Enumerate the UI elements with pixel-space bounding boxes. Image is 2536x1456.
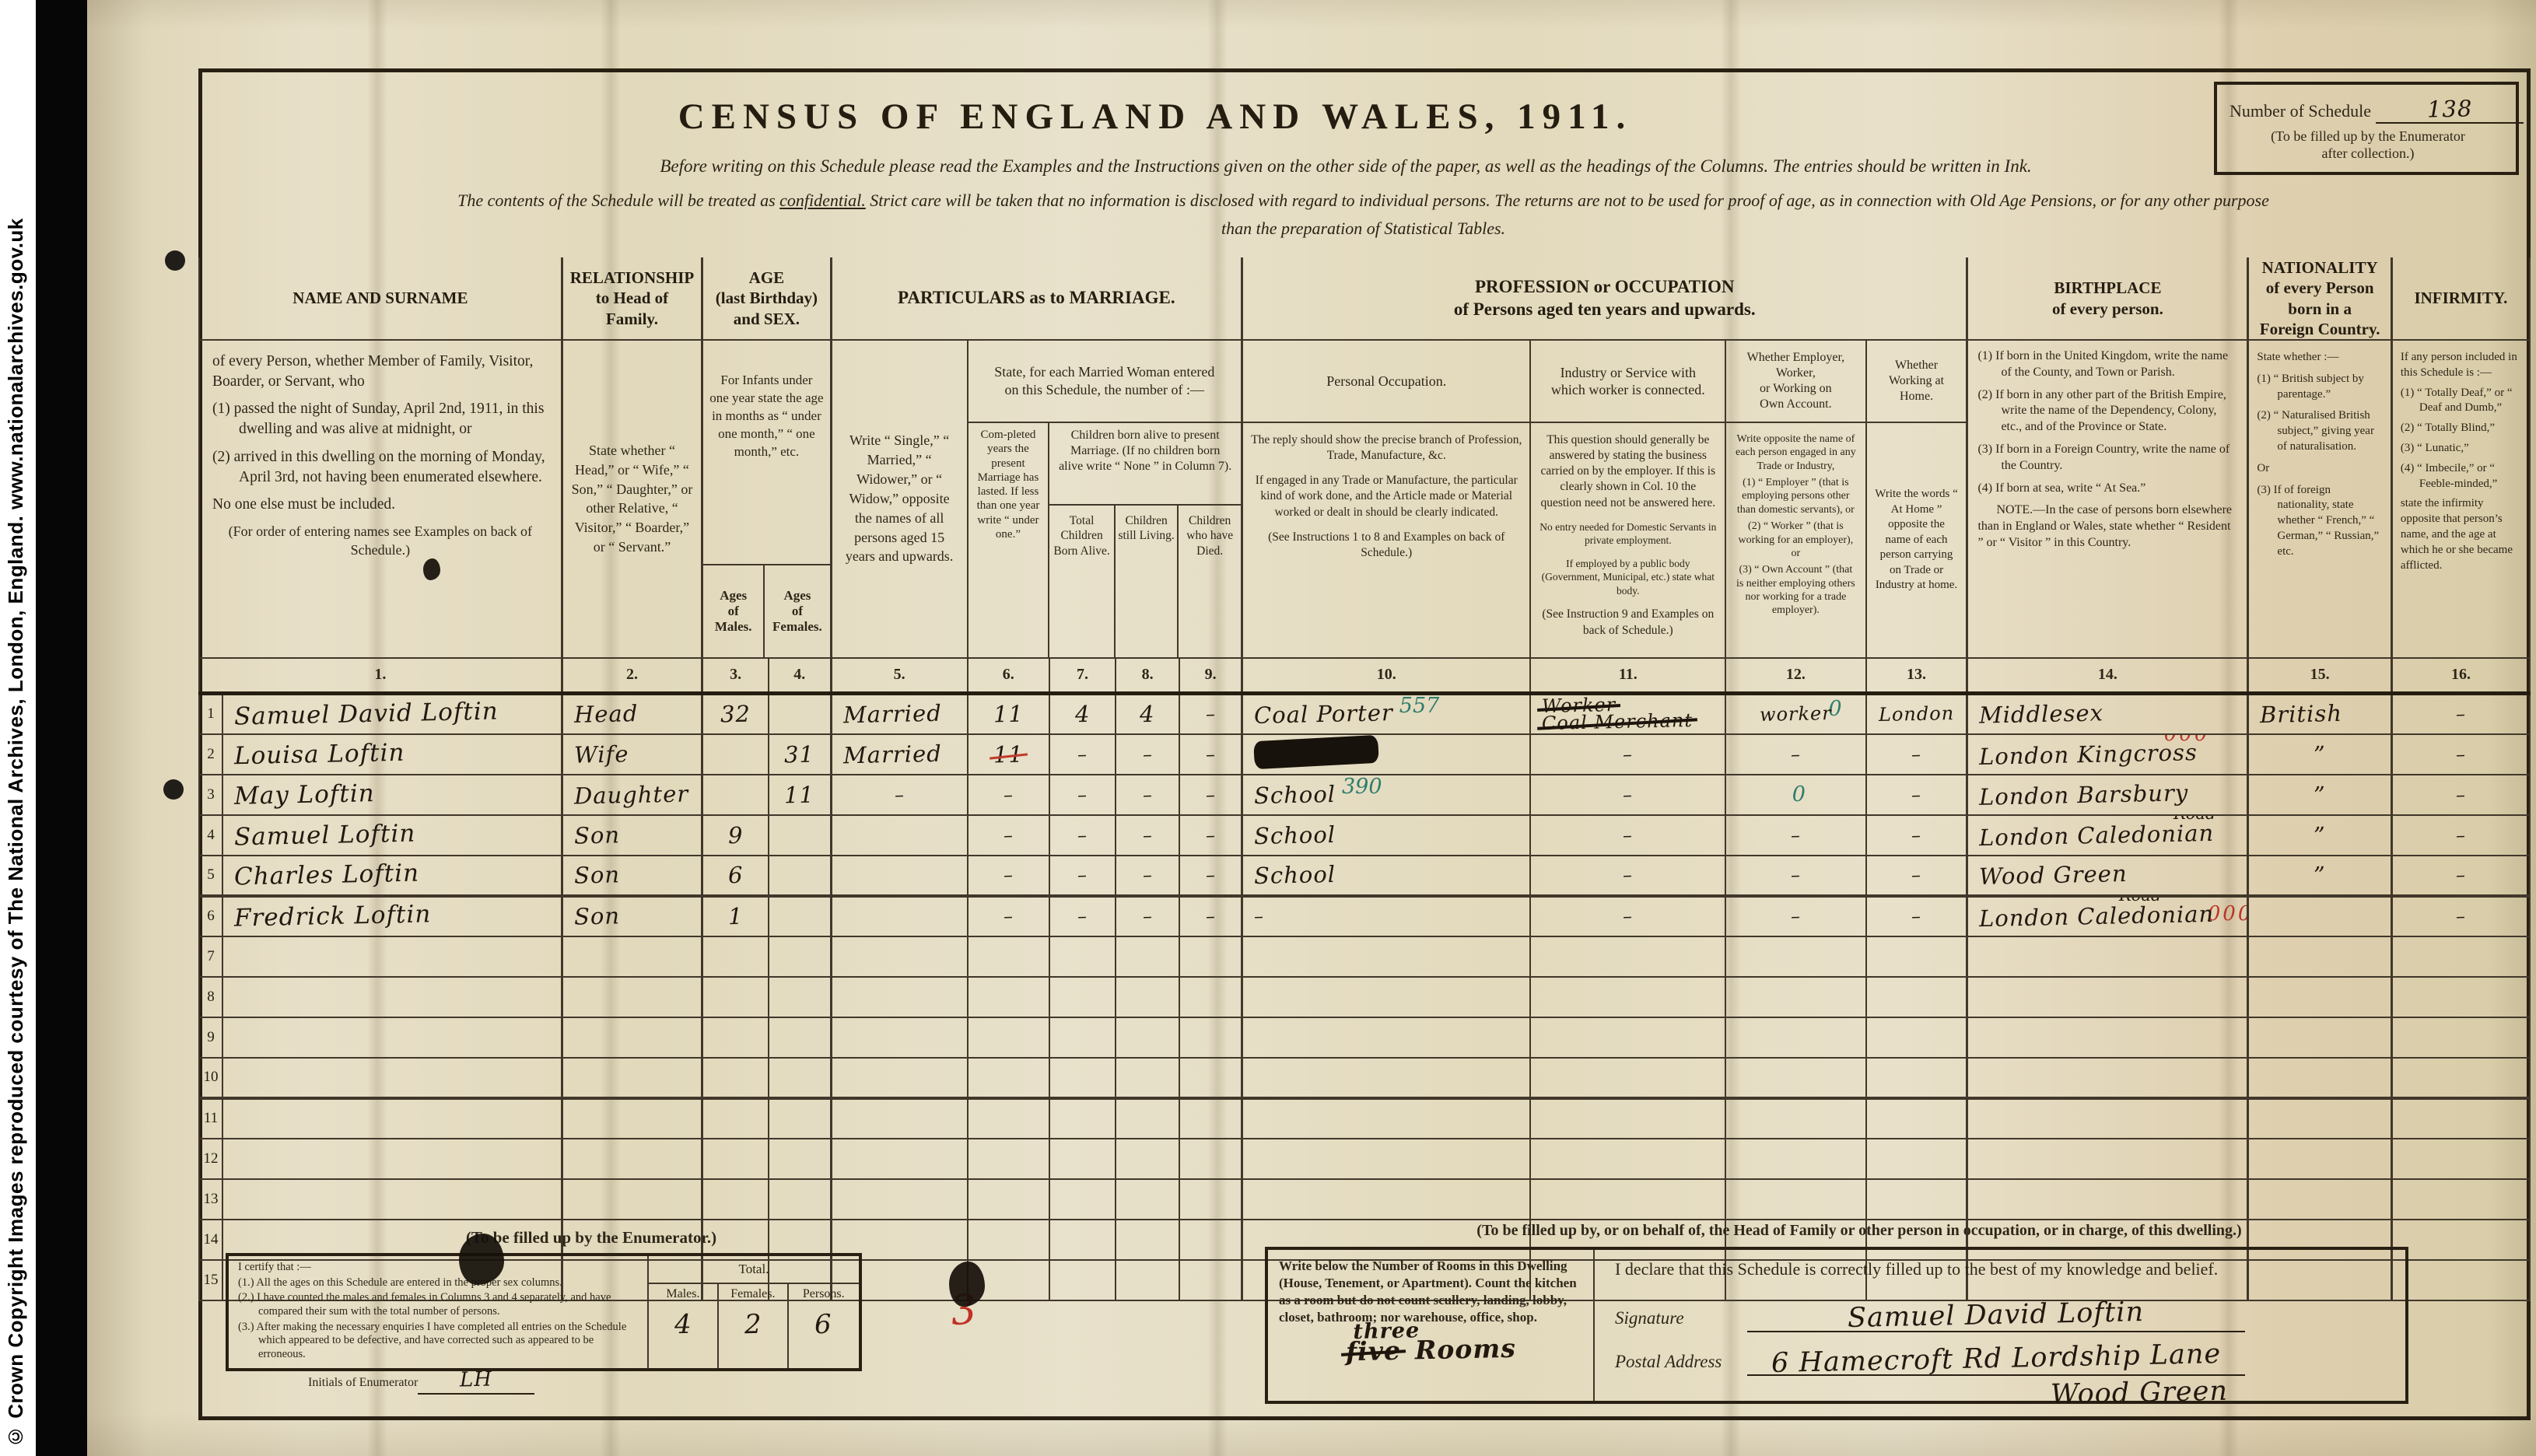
children-born-entry: –: [1077, 864, 1088, 886]
infirmity-desc-4: (4) “ Imbecile,” or “ Feeble-minded,”: [2401, 461, 2521, 492]
industry-title: Industry or Service with which worker is…: [1531, 341, 1725, 423]
infirmity-description-cell: If any person included in this Schedule …: [2391, 340, 2530, 658]
empty-cell: [1179, 1179, 1242, 1220]
empty-cell: [968, 1058, 1049, 1098]
empty-cell: [2248, 1058, 2391, 1098]
occupation-entry: School: [1254, 821, 1336, 849]
children-died-cell: –: [1179, 775, 1242, 815]
infirmity-desc-2: (2) “ Totally Blind,”: [2401, 421, 2521, 436]
empty-cell: [1866, 1139, 1967, 1179]
children-living-entry: –: [1142, 905, 1153, 927]
children-born-entry: –: [1077, 905, 1088, 927]
empty-cell: [1725, 1098, 1865, 1139]
name-entry: Charles Loftin: [234, 859, 420, 891]
schedule-number-note: (To be filled up by the Enumerator after…: [2230, 128, 2506, 162]
birthplace-entry: Middlesex: [1979, 700, 2104, 729]
industry-cell: –: [1530, 856, 1725, 896]
certify-item-2: (2.) I have counted the males and female…: [238, 1291, 639, 1318]
empty-cell: [562, 1179, 702, 1220]
empty-cell: [1049, 1017, 1116, 1058]
empty-cell: [1530, 1098, 1725, 1139]
birthplace-entry: London Barsbury: [1979, 779, 2189, 810]
occupation-cell: School: [1242, 856, 1531, 896]
empty-cell: [1179, 1098, 1242, 1139]
name-desc-3: No one else must be included.: [212, 495, 548, 515]
children-living-cell: –: [1116, 896, 1179, 936]
empty-cell: [562, 1139, 702, 1179]
ages-of-males-label: Ages of Males.: [703, 565, 765, 657]
employer-entry: –: [1791, 824, 1802, 846]
employer-cell: –: [1725, 734, 1865, 775]
at-home-cell: –: [1866, 896, 1967, 936]
empty-cell: [968, 1017, 1049, 1058]
females-total: Females.2: [719, 1284, 789, 1368]
industry-entry: –: [1623, 824, 1634, 846]
years-married-description: Com-pleted years the present Marriage ha…: [969, 423, 1050, 657]
header-nationality: NATIONALITY of every Person born in a Fo…: [2248, 257, 2391, 340]
row-number: 6: [199, 896, 222, 936]
empty-cell: [1242, 1098, 1531, 1139]
row-number: 4: [199, 815, 222, 856]
empty-cell: [562, 1017, 702, 1058]
industry-desc-1: This question should generally be answer…: [1539, 432, 1717, 511]
married-woman-note: State, for each Married Woman entered on…: [969, 341, 1241, 423]
age-female-cell: 31: [769, 734, 831, 775]
nationality-ditto: ”: [2314, 782, 2327, 808]
at-home-cell: –: [1866, 775, 1967, 815]
empty-cell: [968, 1098, 1049, 1139]
row-number: 14: [199, 1220, 222, 1260]
birthplace-cell: Wood Green: [1967, 856, 2248, 896]
marriage-cell: [831, 815, 967, 856]
enumerator-certification: I certify that :— (1.) All the ages on t…: [229, 1256, 649, 1368]
marriage-cell: [831, 856, 967, 896]
empty-cell: [222, 1179, 562, 1220]
copyright-sidebar: © Crown Copyright Images reproduced cour…: [0, 0, 36, 1456]
empty-cell: [1242, 1179, 1531, 1220]
age-entry: 32: [720, 701, 751, 728]
age-entry: 31: [784, 740, 815, 768]
nationality-desc-3: (3) If of foreign nationality, state whe…: [2257, 483, 2382, 560]
personal-occupation-desc-3: (See Instructions 1 to 8 and Examples on…: [1251, 530, 1522, 561]
empty-cell: [1866, 1017, 1967, 1058]
children-living-cell: –: [1116, 856, 1179, 896]
empty-cell: [1049, 936, 1116, 977]
occupation-cell: School390: [1242, 775, 1531, 815]
relationship-entry: Son: [573, 862, 620, 889]
empty-cell: [1049, 977, 1116, 1017]
infirmity-entry: –: [2456, 744, 2467, 765]
marriage-entry: Married: [842, 700, 941, 729]
nationality-cell: [2248, 896, 2391, 936]
header-birthplace: BIRTHPLACE of every person.: [1967, 257, 2248, 340]
employer-desc-2: (1) “ Employer ” (that is employing pers…: [1734, 476, 1857, 516]
empty-cell: [769, 1058, 831, 1098]
empty-cell: [1049, 1058, 1116, 1098]
employer-entry: –: [1791, 905, 1802, 927]
children-born-cell: –: [1049, 815, 1116, 856]
age-entry: 11: [784, 781, 815, 808]
industry-entry: –: [1623, 905, 1634, 927]
marriage-cell: –: [831, 775, 967, 815]
schedule-number-label: Number of Schedule: [2230, 101, 2371, 121]
initials-label: Initials of Enumerator: [308, 1376, 418, 1389]
empty-cell: [1967, 1139, 2248, 1179]
age-infants-note: For Infants under one year state the age…: [703, 341, 829, 564]
relationship-entry: Son: [573, 903, 620, 930]
column-number-7: 7.: [1049, 658, 1116, 694]
nationality-desc-intro: State whether :—: [2257, 350, 2382, 366]
years-entry: 11: [993, 701, 1024, 728]
header-relationship: RELATIONSHIP to Head of Family.: [562, 257, 702, 340]
empty-cell: [831, 1139, 967, 1179]
name-cell: Samuel David Loftin: [222, 694, 562, 734]
name-entry: May Loftin: [234, 779, 375, 810]
employer-cell: –: [1725, 896, 1865, 936]
ages-of-females-label: Ages of Females.: [765, 565, 829, 657]
empty-cell: [968, 1139, 1049, 1179]
column-number-2: 2.: [562, 658, 702, 694]
column-number-13: 13.: [1866, 658, 1967, 694]
column-number-row: 1. 2. 3. 4. 5. 6. 7. 8. 9. 10. 11. 12. 1…: [199, 658, 2530, 694]
header-name: NAME AND SURNAME: [199, 257, 562, 340]
column-number-4: 4.: [769, 658, 831, 694]
employer-cell: 0: [1725, 775, 1865, 815]
children-living-entry: –: [1142, 744, 1153, 765]
postal-address-value: 6 Hamecroft Rd Lordship Lane: [1771, 1339, 2222, 1379]
row-number: 3: [199, 775, 222, 815]
name-cell: Charles Loftin: [222, 856, 562, 896]
infirmity-cell: –: [2391, 896, 2530, 936]
males-total: Males.4: [649, 1284, 719, 1368]
age-female-cell: [769, 694, 831, 734]
infirmity-cell: –: [2391, 815, 2530, 856]
empty-cell: [1116, 1017, 1179, 1058]
infirmity-entry: –: [2456, 703, 2467, 725]
initials-value: LH: [460, 1367, 493, 1393]
empty-cell: [831, 1017, 967, 1058]
males-value: 4: [674, 1309, 692, 1340]
personal-occupation-desc-2: If engaged in any Trade or Manufacture, …: [1251, 473, 1522, 520]
empty-cell: [1179, 1139, 1242, 1179]
empty-cell: [1967, 936, 2248, 977]
nationality-cell: ”: [2248, 856, 2391, 896]
males-label: Males.: [666, 1287, 699, 1301]
empty-cell: [831, 1098, 967, 1139]
age-description-cell: For Infants under one year state the age…: [702, 340, 831, 658]
occupation-entry: Coal Porter: [1254, 700, 1393, 730]
empty-cell: [1967, 1058, 2248, 1098]
females-label: Females.: [730, 1287, 775, 1301]
rooms-value: threefiveRooms: [1345, 1332, 1516, 1369]
personal-occupation-title: Personal Occupation.: [1243, 341, 1529, 423]
empty-cell: [769, 936, 831, 977]
children-born-cell: –: [1049, 896, 1116, 936]
relationship-cell: Son: [562, 815, 702, 856]
relationship-cell: Daughter: [562, 775, 702, 815]
column-number-11: 11.: [1530, 658, 1725, 694]
birthplace-entry: London Caledonian: [1979, 820, 2215, 851]
rooms-struck-word: five: [1345, 1335, 1401, 1367]
infirmity-cell: –: [2391, 734, 2530, 775]
empty-cell: [1049, 1220, 1116, 1260]
at-home-entry: –: [1911, 744, 1922, 765]
empty-cell: [222, 1098, 562, 1139]
signature-label: Signature: [1615, 1308, 1747, 1328]
empty-cell: [1530, 1179, 1725, 1220]
name-entry: Louisa Loftin: [234, 738, 405, 770]
employer-desc-4: (3) “ Own Account ” (that is neither emp…: [1734, 563, 1857, 617]
column-number-8: 8.: [1116, 658, 1179, 694]
industry-entry: –: [1623, 784, 1634, 806]
empty-cell: [1049, 1098, 1116, 1139]
empty-cell: [1725, 977, 1865, 1017]
householder-section-heading: (To be filled up by, or on behalf of, th…: [1284, 1222, 2435, 1240]
age-female-cell: 11: [769, 775, 831, 815]
empty-cell: [562, 1098, 702, 1139]
persons-value: 6: [814, 1309, 832, 1340]
children-living-entry: –: [1142, 824, 1153, 846]
birthplace-cell: Road000London Caledonian: [1967, 896, 2248, 936]
infirmity-entry: –: [2456, 824, 2467, 846]
age-male-cell: [702, 775, 769, 815]
occupation-cell: –: [1242, 896, 1531, 936]
row-number: 8: [199, 977, 222, 1017]
punch-hole: [165, 250, 185, 271]
certify-item-1: (1.) All the ages on this Schedule are e…: [238, 1276, 639, 1290]
empty-cell: [769, 1139, 831, 1179]
empty-cell: [1530, 1017, 1725, 1058]
declaration-cell: I declare that this Schedule is correctl…: [1595, 1250, 2405, 1401]
header-infirmity: INFIRMITY.: [2391, 257, 2530, 340]
empty-cell: [1725, 1058, 1865, 1098]
years-married-cell: 11: [968, 734, 1049, 775]
empty-cell: [2248, 1179, 2391, 1220]
nationality-desc-2: (2) “ Naturalised British subject,” givi…: [2257, 408, 2382, 454]
empty-cell: [1725, 1139, 1865, 1179]
infirmity-entry: –: [2456, 864, 2467, 886]
name-desc-2: (2) arrived in this dwelling on the morn…: [212, 447, 548, 487]
empty-cell: [968, 977, 1049, 1017]
header-group-row: NAME AND SURNAME RELATIONSHIP to Head of…: [199, 257, 2530, 340]
empty-cell: [1049, 1139, 1116, 1179]
industry-cell: –: [1530, 775, 1725, 815]
at-home-cell: Whether Working at Home. Write the words…: [1866, 340, 1967, 658]
empty-cell: [222, 1058, 562, 1098]
name-entry: Fredrick Loftin: [234, 901, 432, 933]
empty-cell: [1530, 1058, 1725, 1098]
nationality-cell: ”: [2248, 775, 2391, 815]
children-died-cell: –: [1179, 694, 1242, 734]
employer-cell: 0worker: [1725, 694, 1865, 734]
empty-cell: [1116, 936, 1179, 977]
relationship-cell: Son: [562, 856, 702, 896]
infirmity-cell: –: [2391, 694, 2530, 734]
column-number-15: 15.: [2248, 658, 2391, 694]
females-value: 2: [744, 1309, 762, 1340]
empty-cell: [222, 936, 562, 977]
punch-hole: [163, 779, 184, 800]
years-married-cell: 11: [968, 694, 1049, 734]
empty-cell: [769, 1179, 831, 1220]
name-cell: Fredrick Loftin: [222, 896, 562, 936]
at-home-cell: London: [1866, 694, 1967, 734]
confidential-word: confidential.: [779, 191, 866, 210]
table-row: 11: [199, 1098, 2530, 1139]
persons-label: Persons.: [803, 1287, 845, 1301]
occupation-entry: School: [1254, 781, 1336, 809]
children-living-entry: –: [1142, 864, 1153, 886]
column-number-1: 1.: [199, 658, 562, 694]
column-number-9: 9.: [1179, 658, 1242, 694]
employer-entry: worker: [1760, 703, 1832, 726]
confidential-post: Strict care will be taken that no inform…: [866, 191, 2269, 210]
name-cell: May Loftin: [222, 775, 562, 815]
enumerator-section-heading: (To be filled up by the Enumerator.): [296, 1228, 887, 1248]
total-label: Total.: [649, 1256, 859, 1284]
empty-cell: [769, 1017, 831, 1058]
empty-cell: [702, 1179, 769, 1220]
marriage-entry: Married: [842, 740, 941, 768]
employer-desc-3: (2) “ Worker ” (that is working for an e…: [1734, 520, 1857, 560]
row-number: 5: [199, 856, 222, 896]
registrar-code: 557: [1399, 694, 1440, 718]
years-entry-struck: 11: [993, 740, 1024, 768]
registrar-code: 390: [1342, 775, 1382, 799]
empty-cell: [1242, 1017, 1531, 1058]
nationality-cell: ”: [2248, 815, 2391, 856]
children-died-entry: –: [1205, 824, 1216, 846]
empty-cell: [1967, 977, 2248, 1017]
children-died-cell: –: [1179, 734, 1242, 775]
table-row: 8: [199, 977, 2530, 1017]
table-row: 7: [199, 936, 2530, 977]
years-married-cell: –: [968, 815, 1049, 856]
schedule-number-value: 138: [2427, 95, 2473, 122]
industry-entry-struck-2: Coal Merchant: [1542, 712, 1693, 733]
empty-cell: [1725, 936, 1865, 977]
age-entry: 6: [727, 862, 743, 888]
empty-cell: [831, 977, 967, 1017]
infirmity-entry: –: [2456, 905, 2467, 927]
marriage-entry: –: [894, 784, 905, 806]
empty-cell: [1242, 977, 1531, 1017]
nationality-ditto: ”: [2314, 741, 2327, 768]
empty-cell: [1116, 1260, 1179, 1300]
employer-cell: –: [1725, 815, 1865, 856]
empty-cell: [1530, 936, 1725, 977]
empty-cell: [1242, 1139, 1531, 1179]
householder-box: Write below the Number of Rooms in this …: [1265, 1247, 2408, 1404]
row-number: 9: [199, 1017, 222, 1058]
empty-cell: [769, 977, 831, 1017]
at-home-description: Write the words “ At Home ” opposite the…: [1867, 423, 1967, 657]
birthplace-cell: RoadLondon Caledonian: [1967, 815, 2248, 856]
at-home-entry: –: [1911, 784, 1922, 806]
children-born-cell: –: [1049, 775, 1116, 815]
infirmity-entry: –: [2456, 784, 2467, 806]
postal-address-value-2: Wood Green: [2051, 1376, 2229, 1411]
header-marriage-group: PARTICULARS as to MARRIAGE.: [831, 257, 1242, 340]
page-title: CENSUS OF ENGLAND AND WALES, 1911.: [202, 96, 2108, 138]
infirmity-desc-1: (1) “ Totally Deaf,” or “ Deaf and Dumb,…: [2401, 386, 2521, 417]
table-row: 3 May Loftin Daughter 11 – – – – – Schoo…: [199, 775, 2530, 815]
occupation-cell: [1242, 734, 1531, 775]
children-born-cell: 4: [1049, 694, 1116, 734]
table-row: 4 Samuel Loftin Son 9 – – – – School – –…: [199, 815, 2530, 856]
age-entry: 9: [727, 822, 743, 849]
empty-cell: [1866, 936, 1967, 977]
birthplace-entry: London Caledonian: [1979, 901, 2215, 932]
age-female-cell: [769, 856, 831, 896]
census-table-body: 1 Samuel David Loftin Head 32 Married 11…: [199, 694, 2530, 1300]
employer-entry: –: [1791, 744, 1802, 765]
empty-cell: [2248, 1098, 2391, 1139]
marriage-single-description: Write “ Single,” “ Married,” “ Widower,”…: [831, 340, 967, 658]
children-living-label: Children still Living.: [1116, 506, 1179, 657]
table-row: 2 Louisa Loftin Wife 31 Married 11 – – –…: [199, 734, 2530, 775]
signature-value: Samuel David Loftin: [1848, 1297, 2145, 1334]
relationship-entry: Wife: [573, 740, 629, 768]
certify-intro: I certify that :—: [238, 1261, 639, 1275]
children-died-entry: –: [1205, 905, 1216, 927]
marriage-cell: [831, 896, 967, 936]
copyright-text: © Crown Copyright Images reproduced cour…: [4, 0, 28, 1454]
children-died-cell: –: [1179, 856, 1242, 896]
children-died-entry: –: [1205, 703, 1216, 725]
table-row: 12: [199, 1139, 2530, 1179]
census-schedule-page: CENSUS OF ENGLAND AND WALES, 1911. Befor…: [87, 0, 2536, 1456]
table-row: 1 Samuel David Loftin Head 32 Married 11…: [199, 694, 2530, 734]
column-number-12: 12.: [1725, 658, 1865, 694]
birthplace-entry: Wood Green: [1979, 860, 2128, 890]
infirmity-desc-end: state the infirmity opposite that person…: [2401, 496, 2521, 573]
empty-cell: [2391, 1098, 2530, 1139]
age-male-cell: 9: [702, 815, 769, 856]
row-number: 2: [199, 734, 222, 775]
relationship-description: State whether “ Head,” or “ Wife,” “ Son…: [562, 340, 702, 658]
birthplace-cell: 000London Kingcross: [1967, 734, 2248, 775]
empty-cell: [1116, 1058, 1179, 1098]
empty-cell: [968, 1179, 1049, 1220]
age-female-cell: [769, 896, 831, 936]
industry-cell: –: [1530, 896, 1725, 936]
empty-cell: [1967, 1017, 2248, 1058]
row-number: 11: [199, 1098, 222, 1139]
infirmity-desc-3: (3) “ Lunatic,”: [2401, 441, 2521, 457]
instruction-line-1: Before writing on this Schedule please r…: [296, 156, 2396, 177]
at-home-cell: –: [1866, 734, 1967, 775]
at-home-entry: –: [1911, 824, 1922, 846]
rooms-cell: Write below the Number of Rooms in this …: [1268, 1250, 1595, 1401]
birthplace-entry: London Kingcross: [1979, 739, 2198, 770]
industry-cell: WorkerCoal Merchant: [1530, 694, 1725, 734]
empty-cell: [1242, 1058, 1531, 1098]
header-age: AGE (last Birthday) and SEX.: [702, 257, 831, 340]
occupation-cell: Coal Porter557: [1242, 694, 1531, 734]
occupation-entry: School: [1254, 861, 1336, 889]
empty-cell: [2391, 936, 2530, 977]
header-description-row: of every Person, whether Member of Famil…: [199, 340, 2530, 658]
at-home-entry: –: [1911, 864, 1922, 886]
empty-cell: [702, 977, 769, 1017]
empty-cell: [1866, 1058, 1967, 1098]
empty-cell: [702, 1058, 769, 1098]
empty-cell: [1866, 1179, 1967, 1220]
industry-cell: Industry or Service with which worker is…: [1530, 340, 1725, 658]
empty-cell: [831, 936, 967, 977]
empty-cell: [222, 1139, 562, 1179]
